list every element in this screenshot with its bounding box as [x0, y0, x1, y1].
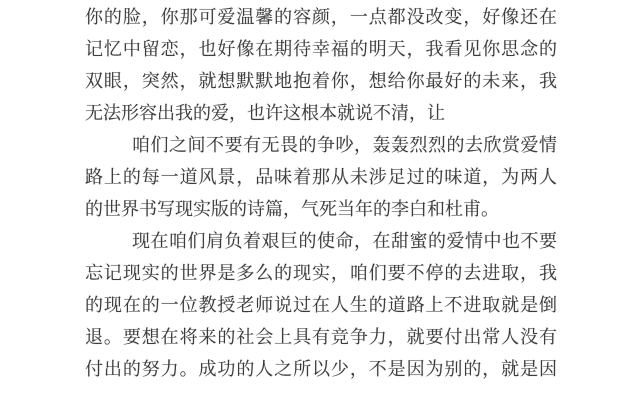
- text-line-6: 路上的每一道风景，品味着那从未涉足过的味道，为两人: [85, 161, 557, 193]
- text-line-9: 忘记现实的世界是多么的现实，咱们要不停的去进取，我: [85, 257, 557, 289]
- text-line-8: 现在咱们肩负着艰巨的使命，在甜蜜的爱情中也不要: [85, 225, 557, 257]
- text-block: 你的脸，你那可爱温馨的容颜，一点都没改变，好像还在 记忆中留恋，也好像在期待幸福…: [85, 1, 557, 385]
- text-line-4: 无法形容出我的爱，也许这根本就说不清，让: [85, 97, 557, 129]
- text-line-10: 的现在的一位教授老师说过在人生的道路上不进取就是倒: [85, 289, 557, 321]
- text-line-2: 记忆中留恋，也好像在期待幸福的明天，我看见你思念的: [85, 33, 557, 65]
- text-line-3: 双眼，突然，就想默默地抱着你，想给你最好的未来，我: [85, 65, 557, 97]
- text-line-7: 的世界书写现实版的诗篇，气死当年的李白和杜甫。: [85, 193, 557, 225]
- text-line-12: 付出的努力。成功的人之所以少，不是因为别的，就是因: [85, 353, 557, 385]
- text-line-5: 咱们之间不要有无畏的争吵，轰轰烈烈的去欣赏爱情: [85, 129, 557, 161]
- document-page: 你的脸，你那可爱温馨的容颜，一点都没改变，好像还在 记忆中留恋，也好像在期待幸福…: [0, 0, 640, 400]
- text-line-1: 你的脸，你那可爱温馨的容颜，一点都没改变，好像还在: [85, 1, 557, 33]
- text-line-11: 退。要想在将来的社会上具有竞争力，就要付出常人没有: [85, 321, 557, 353]
